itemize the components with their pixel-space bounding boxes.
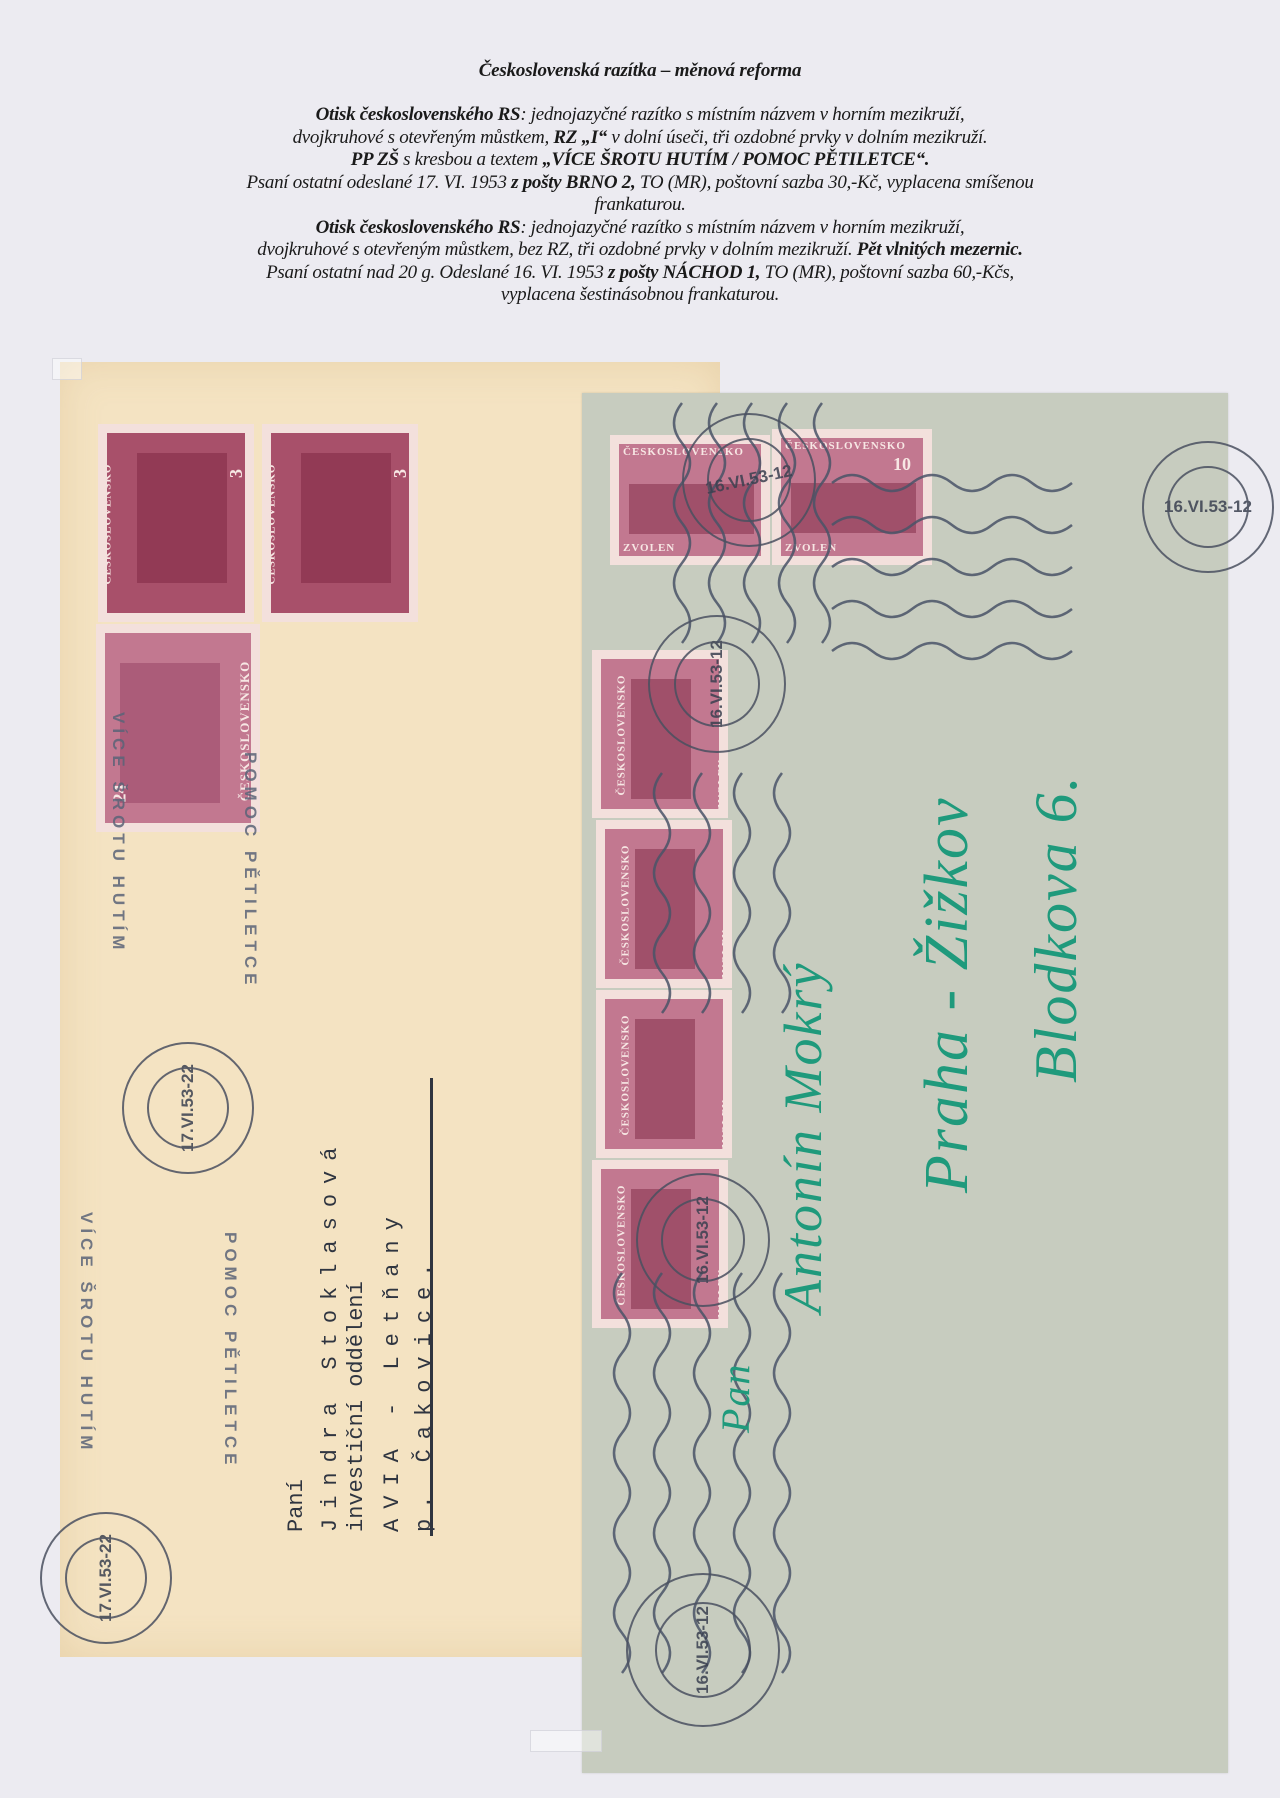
- rs-label: Otisk československého RS: [316, 217, 521, 238]
- stamp-country: ČESKOSLOVENSKO: [271, 464, 277, 585]
- text: : jednojazyčné razítko s místním názvem …: [520, 217, 964, 238]
- text: dvojkruhové s otevřeným můstkem,: [293, 127, 554, 148]
- postmark-brno: 17.VI.53-22: [122, 1042, 254, 1174]
- address-line: AVIA - Letňany: [380, 1207, 405, 1532]
- postmark-date: 16.VI.53-12: [693, 1606, 713, 1694]
- slogan-label: „VÍCE ŠROTU HUTÍM / POMOC PĚTILETCE“.: [542, 149, 929, 170]
- mount-tape: [52, 358, 82, 380]
- postmark-brno-2: 17.VI.53-22: [40, 1512, 172, 1644]
- text: s kresbou a textem: [399, 149, 543, 170]
- slogan-cancel-top: VÍCE ŠROTU HUTÍM: [108, 712, 128, 954]
- postmark-date: 16.VI.53-12: [693, 1196, 713, 1284]
- text: Psaní ostatní odeslané 17. VI. 1953: [246, 172, 511, 193]
- slogan-cancel-bottom: POMOC PĚTILETCE: [240, 752, 260, 989]
- description-block-2: Otisk československého RS: jednojazyčné …: [0, 217, 1280, 307]
- address-line: investiční oddělení: [344, 1281, 369, 1532]
- text: frankaturou.: [0, 194, 1280, 217]
- postmark-nachod: 16.VI.53-12: [682, 413, 816, 547]
- page-header: Československá razítka – měnová reforma …: [0, 60, 1280, 307]
- rs-label: Otisk československého RS: [316, 104, 521, 125]
- handwritten-address-line: Blodkova 6.: [1022, 774, 1091, 1083]
- rz-label: RZ „I“: [553, 127, 607, 148]
- text: Psaní ostatní nad 20 g. Odeslané 16. VI.…: [266, 262, 608, 283]
- stamp-value: 3: [390, 469, 409, 478]
- stamp-3kcs: ČESKOSLOVENSKO 3: [98, 424, 254, 622]
- postmark-nachod: 16.VI.53-12: [626, 1573, 780, 1727]
- stamp-3kcs: ČESKOSLOVENSKO 3: [262, 424, 418, 622]
- text: : jednojazyčné razítko s místním názvem …: [520, 104, 964, 125]
- post-office: z pošty NÁCHOD 1,: [608, 262, 760, 283]
- postmark-date: 16.VI.53-12: [1164, 497, 1252, 517]
- slogan-cancel-bottom-2: POMOC PĚTILETCE: [220, 1232, 240, 1469]
- stamp-country: ČESKOSLOVENSKO: [107, 464, 113, 585]
- text: TO (MR), poštovní sazba 60,-Kčs,: [760, 262, 1014, 283]
- stamp-value: 3: [226, 469, 245, 478]
- postmark-date: 16.VI.53-12: [707, 640, 727, 728]
- handwritten-address-line: Praha - Žižkov: [912, 796, 983, 1193]
- ppzs-label: PP ZŠ: [351, 149, 399, 170]
- wavy-cancel-lines: [582, 393, 1228, 1773]
- envelope-nachod: ČESKOSLOVENSKO ZVOLEN ČESKOSLOVENSKO 10 …: [582, 393, 1228, 1773]
- address-line: p. Čakovice.: [412, 1254, 437, 1532]
- postmark-date: 17.VI.53-22: [178, 1064, 198, 1152]
- text: v dolní úseči, tři ozdobné prvky v dolní…: [607, 127, 987, 148]
- address-underline: [430, 1078, 433, 1536]
- post-office: z pošty BRNO 2,: [511, 172, 635, 193]
- page-title: Československá razítka – měnová reforma: [0, 60, 1280, 82]
- mount-tape: [530, 1730, 602, 1752]
- address-line: Paní: [284, 1479, 309, 1532]
- handwritten-address-line: Antonín Mokrý: [772, 962, 834, 1313]
- slogan-cancel-top-2: VÍCE ŠROTU HUTÍM: [76, 1212, 96, 1454]
- text: dvojkruhové s otevřeným můstkem, bez RZ,…: [257, 239, 856, 260]
- postmark-nachod: 16.VI.53-12: [636, 1173, 770, 1307]
- text: vyplacena šestinásobnou frankaturou.: [0, 284, 1280, 307]
- address-line: Jindra Stoklasová: [318, 1138, 343, 1532]
- description-block-1: Otisk československého RS: jednojazyčné …: [0, 104, 1280, 217]
- text: TO (MR), poštovní sazba 30,-Kč, vyplacen…: [635, 172, 1033, 193]
- wave-label: Pět vlnitých mezernic.: [857, 239, 1023, 260]
- handwritten-address-line: Pan: [712, 1363, 759, 1433]
- postmark-nachod: 16.VI.53-12: [648, 615, 786, 753]
- postmark-nachod: 16.VI.53-12: [1142, 441, 1274, 573]
- postmark-date: 17.VI.53-22: [96, 1534, 116, 1622]
